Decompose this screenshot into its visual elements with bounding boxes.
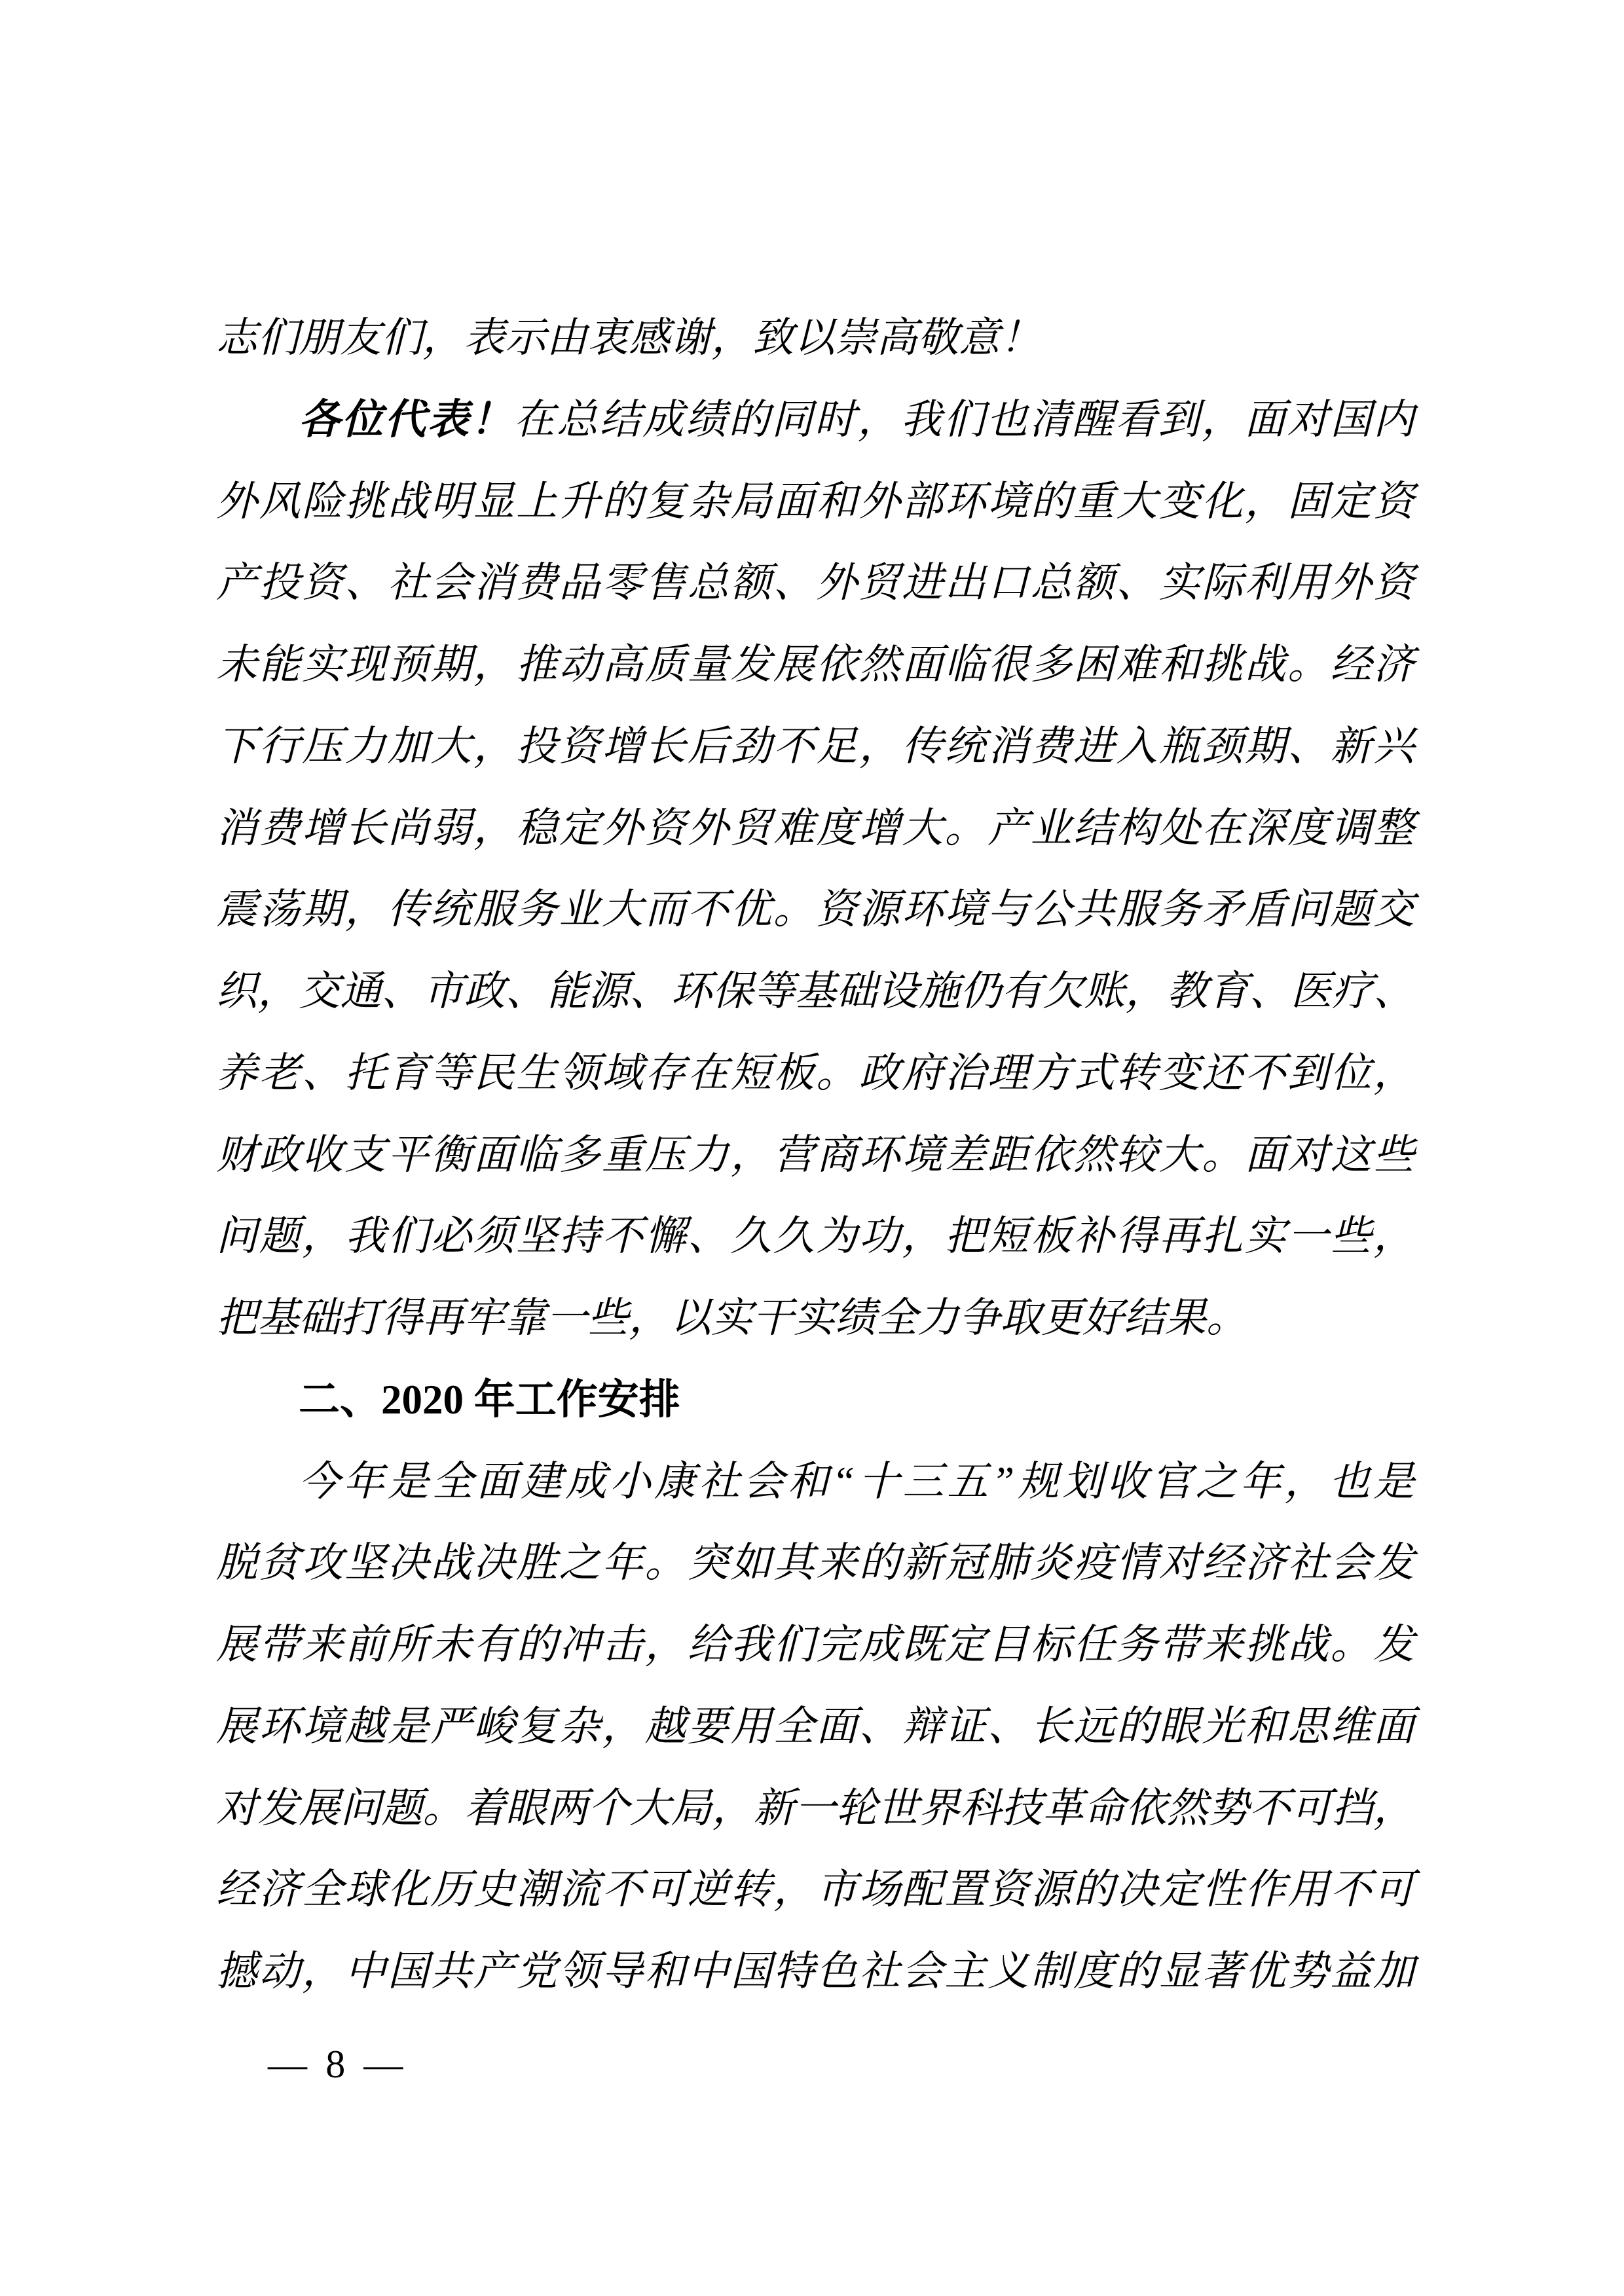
text-line: 消费增长尚弱，稳定外资外贸难度增大。产业结构处在深度调整 <box>216 788 1414 869</box>
text-line: 撼动，中国共产党领导和中国特色社会主义制度的显著优势益加 <box>216 1931 1414 2013</box>
text-line: 织，交通、市政、能源、环保等基础设施仍有欠账，教育、医疗、 <box>216 951 1414 1032</box>
body-text: 志们朋友们，表示由衷感谢，致以崇高敬意！ 各位代表！在总结成绩的同时，我们也清醒… <box>216 297 1414 2013</box>
text-line: 未能实现预期，推动高质量发展依然面临很多困难和挑战。经济 <box>216 624 1414 706</box>
text-line: 对发展问题。着眼两个大局，新一轮世界科技革命依然势不可挡， <box>216 1768 1414 1850</box>
text-line: 养老、托育等民生领域存在短板。政府治理方式转变还不到位， <box>216 1032 1414 1114</box>
text-line: 经济全球化历史潮流不可逆转，市场配置资源的决定性作用不可 <box>216 1849 1414 1931</box>
text-line: 震荡期，传统服务业大而不优。资源环境与公共服务矛盾问题交 <box>216 869 1414 951</box>
text-line: 展环境越是严峻复杂，越要用全面、辩证、长远的眼光和思维面 <box>216 1686 1414 1768</box>
paragraph-lead-bold: 各位代表！ <box>299 397 513 443</box>
text-line: 问题，我们必须坚持不懈、久久为功，把短板补得再扎实一些， <box>216 1195 1414 1277</box>
text-line: 今年是全面建成小康社会和“十三五”规划收官之年，也是 <box>216 1441 1414 1523</box>
text-line: 把基础打得再牢靠一些，以实干实绩全力争取更好结果。 <box>216 1277 1414 1359</box>
text-line: 产投资、社会消费品零售总额、外贸进出口总额、实际利用外资 <box>216 542 1414 624</box>
text-line: 财政收支平衡面临多重压力，营商环境差距依然较大。面对这些 <box>216 1114 1414 1196</box>
text-line: 脱贫攻坚决战决胜之年。突如其来的新冠肺炎疫情对经济社会发 <box>216 1522 1414 1604</box>
text-line: 各位代表！在总结成绩的同时，我们也清醒看到，面对国内 <box>216 379 1414 461</box>
text-line: 下行压力加大，投资增长后劲不足，传统消费进入瓶颈期、新兴 <box>216 706 1414 788</box>
text-line: 志们朋友们，表示由衷感谢，致以崇高敬意！ <box>216 297 1414 379</box>
text-line: 外风险挑战明显上升的复杂局面和外部环境的重大变化，固定资 <box>216 461 1414 543</box>
section-heading: 二、2020 年工作安排 <box>216 1359 1414 1441</box>
page-number: — 8 — <box>268 2032 403 2097</box>
document-page: 志们朋友们，表示由衷感谢，致以崇高敬意！ 各位代表！在总结成绩的同时，我们也清醒… <box>0 0 1624 2296</box>
text-line-rest: 在总结成绩的同时，我们也清醒看到，面对国内 <box>513 397 1414 443</box>
text-line: 展带来前所未有的冲击，给我们完成既定目标任务带来挑战。发 <box>216 1604 1414 1686</box>
